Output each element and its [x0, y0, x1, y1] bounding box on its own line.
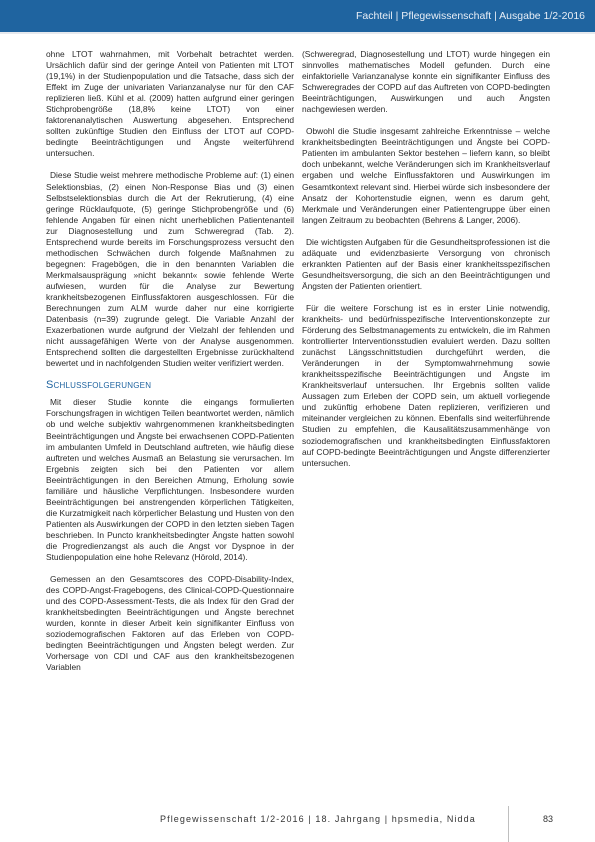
header-bar: Fachteil | Pflegewissenschaft | Ausgabe … [0, 0, 595, 32]
footer-journal-info: Pflegewissenschaft 1/2-2016 | 18. Jahrga… [160, 814, 476, 824]
paragraph: Die wichtigsten Aufgaben für die Gesundh… [302, 237, 550, 292]
paragraph: (Schweregrad, Diagnosestellung und LTOT)… [302, 49, 550, 115]
paragraph: Diese Studie weist mehrere methodische P… [46, 170, 294, 369]
header-divider [0, 32, 595, 34]
footer-divider [508, 806, 509, 842]
section-heading: Schlussfolgerungen [46, 380, 294, 391]
left-column: ohne LTOT wahrnahmen, mit Vorbehalt betr… [46, 49, 294, 684]
running-title: Fachteil | Pflegewissenschaft | Ausgabe … [356, 10, 585, 22]
page-number: 83 [543, 814, 553, 824]
paragraph: Gemessen an den Gesamtscores des COPD-Di… [46, 574, 294, 673]
right-column: (Schweregrad, Diagnosestellung und LTOT)… [302, 49, 550, 480]
paragraph: ohne LTOT wahrnahmen, mit Vorbehalt betr… [46, 49, 294, 159]
paragraph: Für die weitere Forschung ist es in erst… [302, 303, 550, 469]
paragraph: Mit dieser Studie konnte die eingangs fo… [46, 397, 294, 563]
paragraph: Obwohl die Studie insgesamt zahlreiche E… [302, 126, 550, 225]
